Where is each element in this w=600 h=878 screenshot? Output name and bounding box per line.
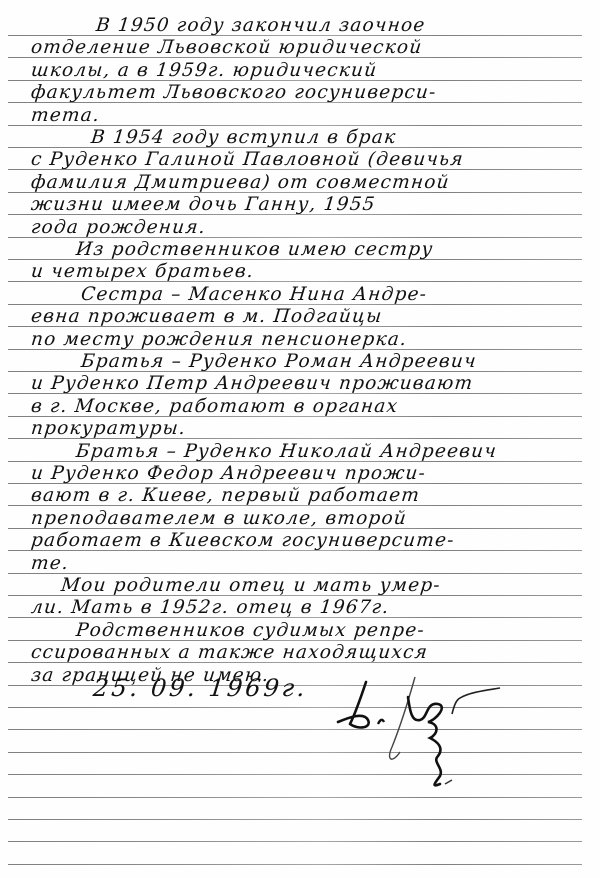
handwritten-line: преподавателем в школе, второй <box>30 510 408 529</box>
handwritten-line: с Руденко Галиной Павловной (девичья <box>30 151 465 170</box>
handwritten-line: Из родственников имею сестру <box>75 241 434 260</box>
handwritten-line: жизни имеем дочь Ганну, 1955 <box>30 196 376 215</box>
handwritten-line: В 1954 году вступил в брак <box>90 129 397 148</box>
handwritten-line: школы, а в 1959г. юридический <box>30 62 378 81</box>
handwritten-line: вают в г. Киеве, первый работает <box>30 487 421 506</box>
handwritten-line: и четырех братьев. <box>30 263 255 282</box>
handwritten-line: работает в Киевском госуниверсите- <box>30 532 456 551</box>
handwritten-line: ли. Мать в 1952г. отец в 1967г. <box>30 599 390 618</box>
handwritten-line: отделение Львовской юридической <box>30 39 423 58</box>
handwritten-line: ссированных а также находящихся <box>30 644 429 663</box>
document-date: 25. 09. 1969г. <box>92 676 309 700</box>
handwritten-line: В 1950 году закончил заочное <box>95 17 426 36</box>
handwritten-line: евна проживает в м. Подгайцы <box>30 308 383 327</box>
handwritten-line: Братья – Руденко Николай Андреевич <box>75 443 498 462</box>
handwritten-line: Братья – Руденко Роман Андреевич <box>80 353 478 372</box>
handwritten-line: факультет Львовского госуниверси- <box>30 84 437 103</box>
handwritten-line: прокуратуры. <box>30 420 187 439</box>
document-page: В 1950 году закончил заочноеотделение Ль… <box>0 0 600 878</box>
handwritten-line: Мои родители отец и мать умер- <box>60 577 442 596</box>
handwritten-line: Родственников судимых репре- <box>75 622 426 641</box>
handwritten-line: по месту рождения пенсионерка. <box>30 331 408 350</box>
handwritten-line: и Руденко Федор Андреевич прожи- <box>30 465 427 484</box>
handwritten-line: те. <box>30 555 70 574</box>
handwritten-line: Сестра – Масенко Нина Андре- <box>80 286 428 305</box>
handwritten-line: года рождения. <box>30 219 207 238</box>
signature-icon <box>320 672 510 802</box>
handwritten-line: тета. <box>30 107 101 126</box>
handwritten-text: В 1950 году закончил заочноеотделение Ль… <box>0 0 600 878</box>
handwritten-line: в г. Москве, работают в органах <box>30 398 399 417</box>
handwritten-line: фамилия Дмитриева) от совместной <box>30 174 451 193</box>
handwritten-line: и Руденко Петр Андреевич проживают <box>30 375 474 394</box>
